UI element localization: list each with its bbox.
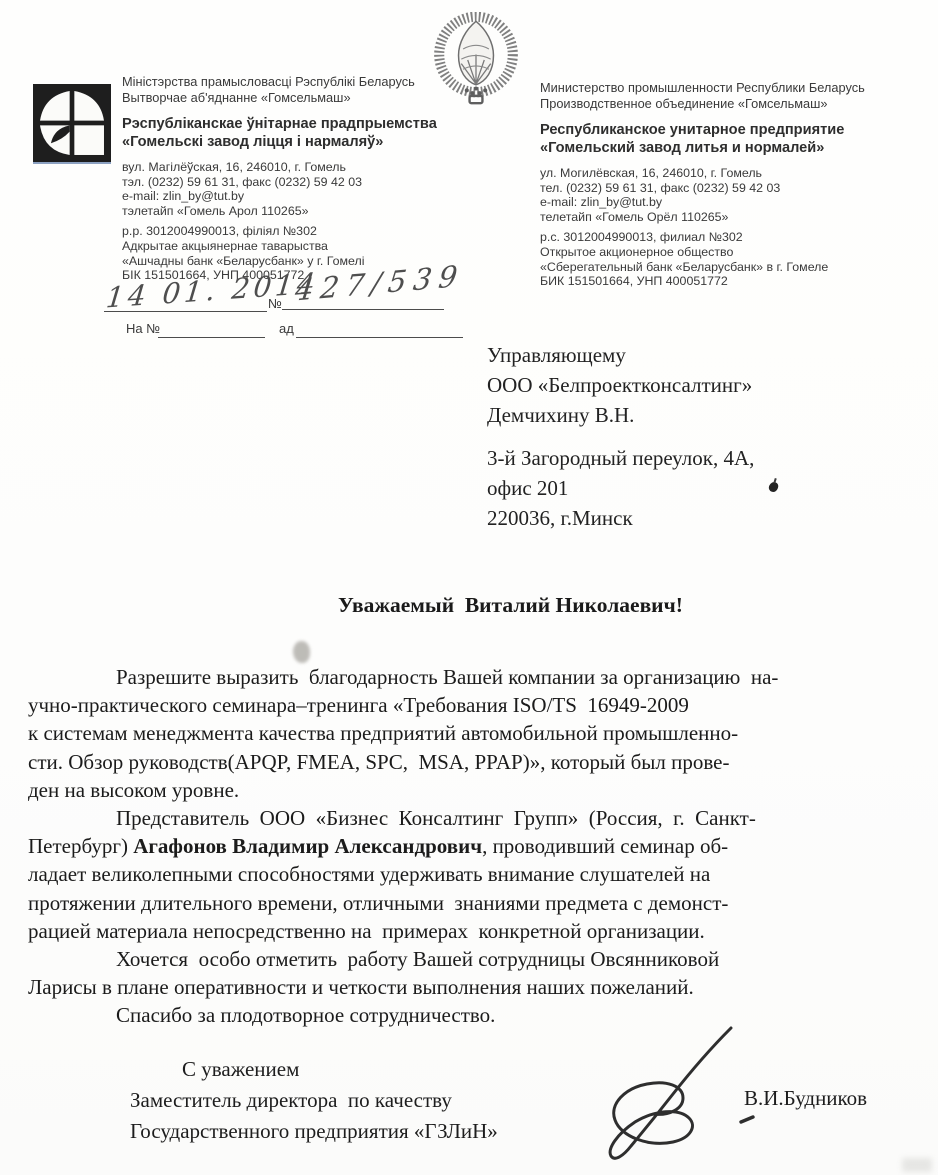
body-text-line: к системам менеджмента качества предприя… (28, 719, 914, 747)
recipient-address-line: офис 201 (487, 473, 754, 503)
body-text-line: Хочется особо отметить работу Вашей сотр… (28, 945, 914, 973)
salutation: Уважаемый Виталий Николаевич! (338, 593, 683, 618)
recipient-block: УправляющемуООО «Белпроектконсалтинг»Дем… (487, 340, 754, 533)
logo-scan-fringe (33, 162, 111, 164)
ministry-line: Министерство промышленности Республики Б… (540, 80, 930, 96)
recipient-line: ООО «Белпроектконсалтинг» (487, 370, 754, 400)
handwritten-signature (545, 1022, 760, 1164)
scan-corner-shade (902, 1158, 932, 1172)
date-rule-line (104, 311, 267, 312)
recipient-name-lines: УправляющемуООО «Белпроектконсалтинг»Дем… (487, 340, 754, 430)
address-line: e-mail: zlin_by@tut.by (122, 189, 462, 204)
ministry-line: Производственное объединение «Гомсельмаш… (540, 96, 930, 112)
closing-block: С уважением Заместитель директора по кач… (130, 1054, 498, 1147)
address-line: ул. Могилёвская, 16, 246010, г. Гомель (540, 166, 930, 181)
letter-body: Разрешите выразить благодарность Вашей к… (28, 663, 914, 1030)
ministry-line: Міністэрства прамысловасці Рэспублікі Бе… (122, 74, 462, 90)
address-line: e-mail: zlin_by@tut.by (540, 195, 930, 210)
body-text-line: протяжении длительного времени, отличным… (28, 889, 914, 917)
letterhead-left-column: Міністэрства прамысловасці Рэспублікі Бе… (122, 74, 462, 283)
reply-from-label: ад (279, 321, 294, 336)
letterhead-left-ministry: Міністэрства прамысловасці Рэспублікі Бе… (122, 74, 462, 106)
letterhead-right-ministry: Министерство промышленности Республики Б… (540, 80, 930, 112)
letterhead-left-address: вул. Магілёўская, 16, 246010, г. Гомельт… (122, 160, 462, 218)
scan-smudge (293, 641, 310, 663)
company-name-line: Рэспубліканскае ўнітарнае прадпрыемства (122, 115, 462, 133)
recipient-gap (487, 430, 754, 443)
reply-date-rule-line (296, 337, 463, 338)
body-text-line: ладает великолепными способностями удерж… (28, 860, 914, 888)
number-rule-line (282, 309, 444, 310)
number-sign-label: № (268, 296, 282, 311)
body-text-line: ден на высоком уровне. (28, 776, 914, 804)
gomselmash-gzlin-logo-icon (33, 84, 111, 162)
reply-number-rule-line (158, 337, 265, 338)
body-text-line: рацией материала непосредственно на прим… (28, 917, 914, 945)
address-line: телетайп «Гомель Орёл 110265» (540, 210, 930, 225)
bank-line: Открытое акционерное общество (540, 245, 930, 260)
bank-line: «Сберегательный банк «Беларусбанк» в г. … (540, 260, 930, 275)
company-name-line: «Гомельскі завод ліцця і нармаляў» (122, 133, 462, 151)
body-text-line: Спасибо за плодотворное сотрудничество. (28, 1001, 914, 1029)
body-text-line: Представитель ООО «Бизнес Консалтинг Гру… (28, 804, 914, 832)
recipient-address-line: 3-й Загородный переулок, 4А, (487, 443, 754, 473)
reply-to-number-label: На № (126, 321, 160, 336)
recipient-address-lines: 3-й Загородный переулок, 4А,офис 2012200… (487, 443, 754, 533)
address-line: тэл. (0232) 59 61 31, факс (0232) 59 42 … (122, 175, 462, 190)
body-text-line: Петербург) Агафонов Владимир Александров… (28, 832, 914, 860)
address-line: тел. (0232) 59 61 31, факс (0232) 59 42 … (540, 181, 930, 196)
body-text-line: Разрешите выразить благодарность Вашей к… (28, 663, 914, 691)
address-line: вул. Магілёўская, 16, 246010, г. Гомель (122, 160, 462, 175)
ink-speck (768, 481, 780, 493)
letterhead-right-address: ул. Могилёвская, 16, 246010, г. Гомельте… (540, 166, 930, 224)
address-line: тэлетайп «Гомель Арол 110265» (122, 204, 462, 219)
letterhead-right-bank: р.с. 3012004990013, филиал №302Открытое … (540, 230, 930, 288)
bank-line: р.с. 3012004990013, филиал №302 (540, 230, 930, 245)
company-name-line: Республиканское унитарное предприятие (540, 121, 930, 139)
body-text-line: Ларисы в плане оперативности и четкости … (28, 973, 914, 1001)
scanned-letter-page: Міністэрства прамысловасці Рэспублікі Бе… (0, 0, 938, 1175)
recipient-address-line: 220036, г.Минск (487, 503, 754, 533)
ministry-line: Вытворчае аб'яднанне «Гомсельмаш» (122, 90, 462, 106)
letterhead-right-company: Республиканское унитарное предприятие«Го… (540, 121, 930, 157)
letterhead-right-column: Министерство промышленности Республики Б… (540, 80, 930, 289)
bank-line: БИК 151501664, УНП 400051772 (540, 274, 930, 289)
company-name-line: «Гомельский завод литья и нормалей» (540, 139, 930, 157)
closing-title-line1: Заместитель директора по качеству (130, 1085, 498, 1116)
letterhead-left-company: Рэспубліканскае ўнітарнае прадпрыемства«… (122, 115, 462, 151)
body-text-line: учно-практического семинара–тренинга «Тр… (28, 691, 914, 719)
bank-line: р.р. 3012004990013, філіял №302 (122, 224, 462, 239)
recipient-line: Демчихину В.Н. (487, 400, 754, 430)
signer-name: В.И.Будников (744, 1086, 867, 1111)
closing-regards: С уважением (130, 1054, 498, 1085)
bank-line: Адкрытае акцыянернае таварыства (122, 239, 462, 254)
recipient-line: Управляющему (487, 340, 754, 370)
closing-title-line2: Государственного предприятия «ГЗЛиН» (130, 1116, 498, 1147)
body-text-line: сти. Обзор руководств(APQP, FMEA, SPC, M… (28, 748, 914, 776)
